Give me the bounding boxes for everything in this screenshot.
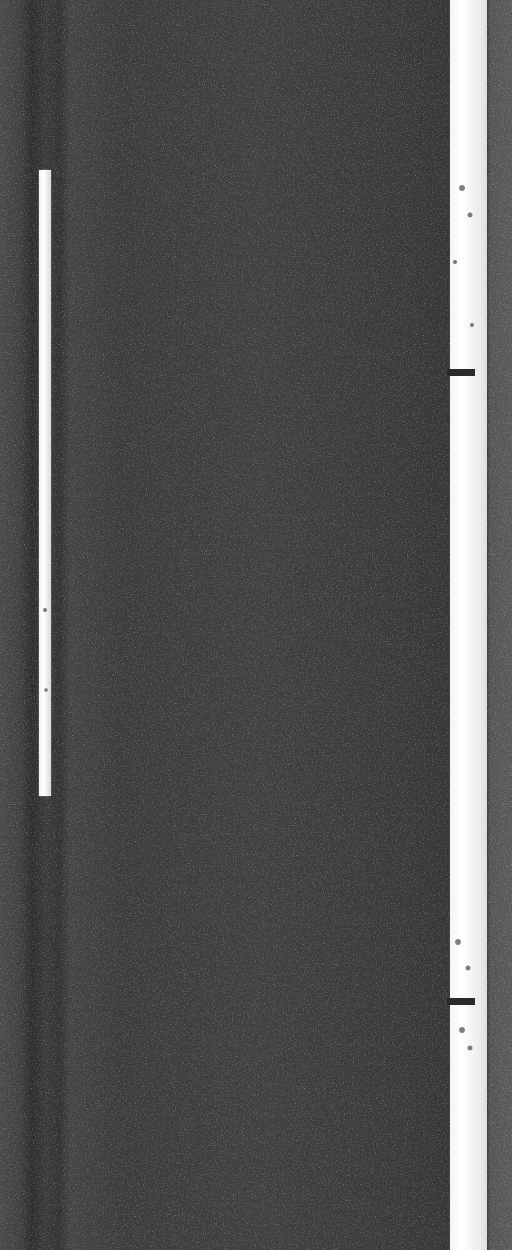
edge-line-wear <box>0 0 512 1250</box>
road-scene <box>0 0 512 1250</box>
